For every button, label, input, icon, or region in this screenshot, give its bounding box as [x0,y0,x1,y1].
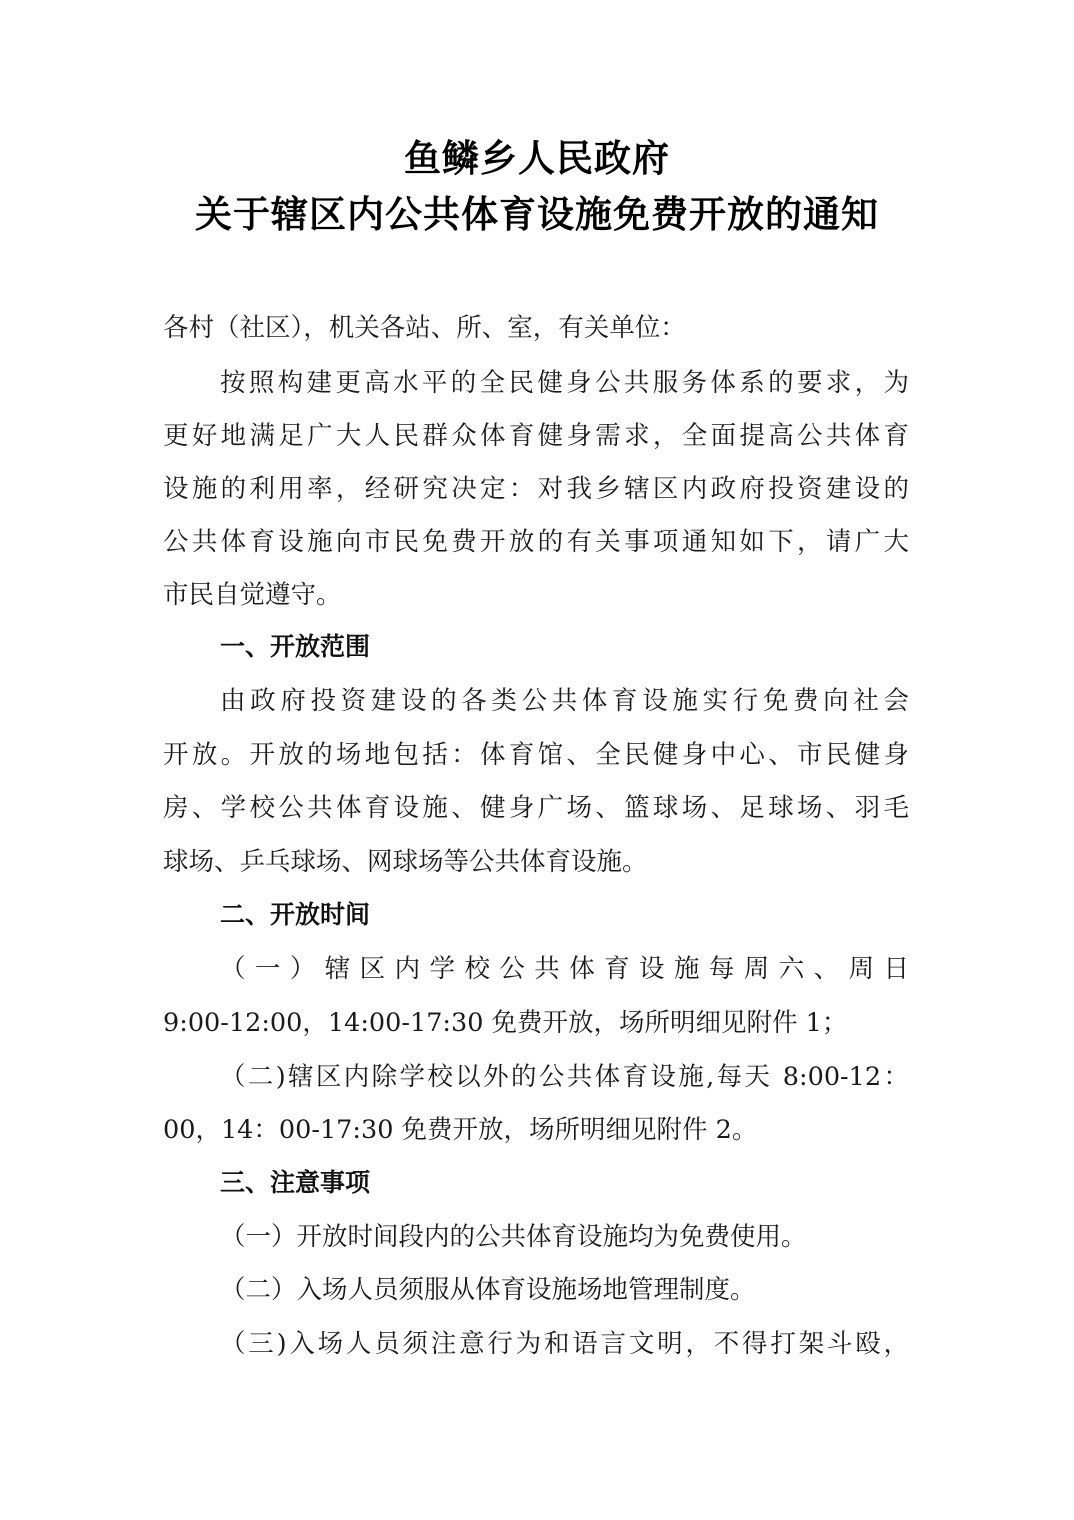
section-line: 房、学校公共体育设施、健身广场、篮球场、足球场、羽毛 [163,791,909,825]
section-line: 9:00-12:00，14:00-17:30 免费开放，场所明细见附件 1； [163,1006,909,1040]
section-line: 开放。开放的场地包括：体育馆、全民健身中心、市民健身 [163,738,909,772]
section-line: （三)入场人员须注意行为和语言文明，不得打架斗殴， [220,1327,909,1361]
section-line: （二）入场人员须服从体育设施场地管理制度。 [220,1273,909,1307]
document-title-issuer: 鱼鳞乡人民政府 [0,136,1074,180]
salutation: 各村（社区），机关各站、所、室，有关单位： [163,311,909,345]
document-page: 鱼鳞乡人民政府 关于辖区内公共体育设施免费开放的通知 各村（社区），机关各站、所… [0,0,1074,1520]
intro-line: 设施的利用率，经研究决定：对我乡辖区内政府投资建设的 [163,472,909,506]
section-heading-hours: 二、开放时间 [220,898,370,932]
intro-line: 更好地满足广大人民群众体育健身需求，全面提高公共体育 [163,419,909,453]
section-line: （二)辖区内除学校以外的公共体育设施,每天 8:00-12： [220,1060,909,1094]
section-line: 由政府投资建设的各类公共体育设施实行免费向社会 [220,684,909,718]
intro-line: 按照构建更高水平的全民健身公共服务体系的要求，为 [220,366,909,400]
section-line: （一）辖区内学校公共体育设施每周六、周日 [220,952,909,986]
section-line: 球场、乒乓球场、网球场等公共体育设施。 [163,845,909,879]
section-line: 00，14：00-17:30 免费开放，场所明细见附件 2。 [163,1113,909,1147]
section-heading-notes: 三、注意事项 [220,1166,370,1200]
intro-line: 市民自觉遵守。 [163,578,909,612]
section-heading-scope: 一、开放范围 [220,630,370,664]
section-line: （一）开放时间段内的公共体育设施均为免费使用。 [220,1220,909,1254]
document-title-subject: 关于辖区内公共体育设施免费开放的通知 [0,192,1074,236]
intro-line: 公共体育设施向市民免费开放的有关事项通知如下，请广大 [163,525,909,559]
